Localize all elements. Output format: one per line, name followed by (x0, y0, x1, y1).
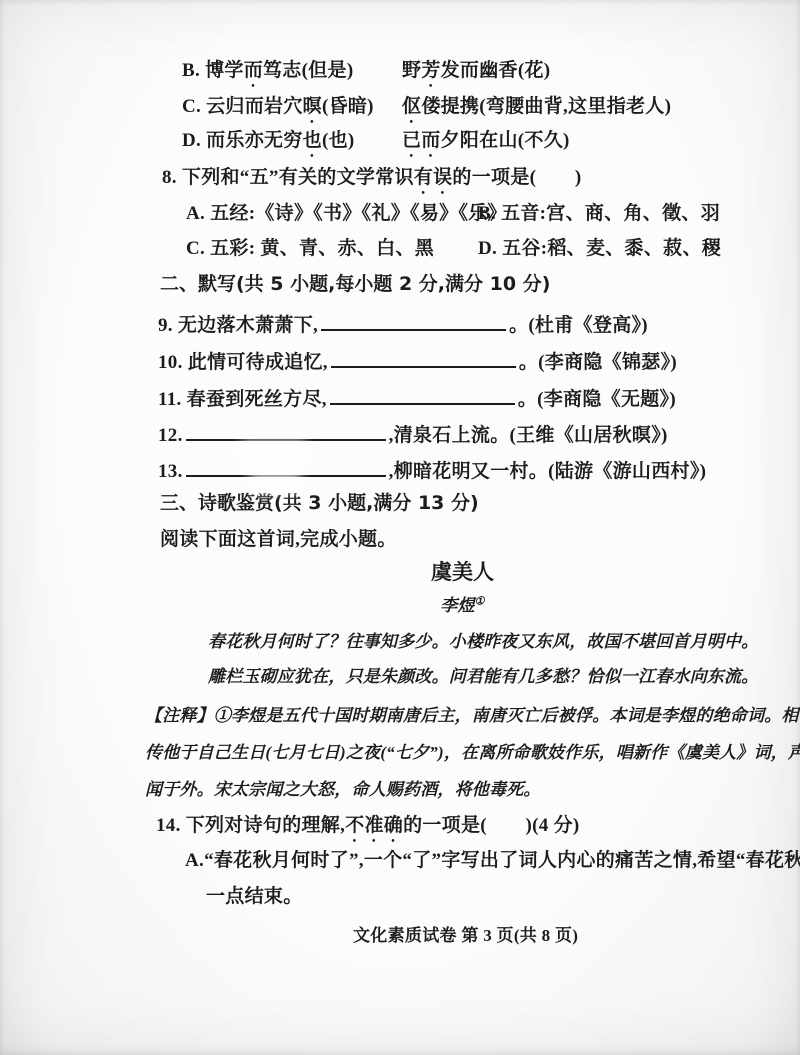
option-b-left-emphasis: 而 (244, 60, 263, 81)
question-13-text: ,柳暗花明又一村。(陆游《游山西村》) (389, 461, 707, 482)
question-14-option-a-line-1: A.“春花秋月何时了”,一个“了”字写出了词人内心的痛苦之情,希望“春花秋月”早 (185, 850, 800, 872)
gloss-d-right-post: 夕阳在山(不久) (441, 130, 570, 151)
note-line-1: 【注释】①李煜是五代十国时期南唐后主，南唐灭亡后被俘。本词是李煜的绝命词。相 (145, 706, 799, 726)
question-9-blank (321, 311, 506, 331)
question-14-option-a-line-2: 一点结束。 (206, 886, 303, 908)
question-8-stem-emphasis: 有误 (414, 167, 453, 188)
section-poetry-heading: 三、诗歌鉴赏(共 3 小题,满分 13 分) (160, 493, 479, 515)
gloss-b-right-post: 发而幽香(花) (441, 60, 551, 81)
option-c-left-emphasis: 暝 (303, 96, 322, 117)
question-8-stem-pre: 8. 下列和“五”有关的文学常识 (162, 167, 414, 188)
question-11-blank (330, 385, 515, 405)
gloss-c-right-post: 偻提携(弯腰曲背,这里指老人) (421, 96, 671, 117)
option-d-left-post: (也) (322, 130, 355, 151)
option-d-left-pre: D. 而乐亦无穷 (182, 130, 303, 151)
question-12-number: 12. (158, 425, 183, 446)
option-c-left-post: (昏暗) (322, 96, 374, 117)
question-8-option-b: B. 五音:宫、商、角、徵、羽 (478, 203, 720, 225)
option-d-left: D. 而乐亦无穷也(也) (182, 130, 355, 162)
scan-smudge (248, 474, 303, 492)
gloss-b-right: 野芳发而幽香(花) (402, 60, 550, 92)
gloss-c-right: 伛偻提携(弯腰曲背,这里指老人) (402, 96, 671, 128)
gloss-d-right: 已而夕阳在山(不久) (402, 130, 570, 162)
page-footer: 文化素质试卷 第 3 页(共 8 页) (353, 926, 578, 946)
question-14-stem: 14. 下列对诗句的理解,不准确的一项是( )(4 分) (156, 815, 580, 847)
poem-title: 虞美人 (345, 560, 580, 584)
question-9: 9. 无边落木萧萧下,。(杜甫《登高》) (158, 311, 648, 337)
question-8-option-a: A. 五经:《诗》《书》《礼》《易》《乐》 (186, 203, 507, 225)
question-12-blank (186, 421, 386, 441)
poem-author: 李煜① (345, 596, 580, 616)
question-10-blank (331, 348, 516, 368)
gloss-c-right-emphasis: 伛 (402, 96, 421, 117)
option-c-left: C. 云归而岩穴暝(昏暗) (182, 96, 374, 128)
question-11: 11. 春蚕到死丝方尽,。(李商隐《无题》) (158, 385, 676, 411)
exam-paper-page: B. 博学而笃志(但是) 野芳发而幽香(花) C. 云归而岩穴暝(昏暗) 伛偻提… (0, 0, 800, 1055)
question-14-stem-pre: 14. 下列对诗句的理解, (156, 815, 345, 836)
question-8-stem-post: 的一项是( ) (452, 167, 581, 188)
question-11-text: 11. 春蚕到死丝方尽, (158, 389, 327, 410)
note-line-3: 闻于外。宋太宗闻之大怒，命人赐药酒，将他毒死。 (145, 780, 541, 800)
question-12-text: ,清泉石上流。(王维《山居秋暝》) (389, 425, 668, 446)
question-8-option-c: C. 五彩: 黄、青、赤、白、黑 (186, 238, 434, 260)
question-9-source: 。(杜甫《登高》) (509, 315, 648, 336)
question-8-option-d: D. 五谷:稻、麦、黍、菽、稷 (478, 238, 721, 260)
question-11-source: 。(李商隐《无题》) (518, 389, 676, 410)
question-10: 10. 此情可待成追忆,。(李商隐《锦瑟》) (158, 348, 677, 374)
scan-smudge (238, 441, 310, 467)
option-d-left-emphasis: 也 (303, 130, 322, 151)
question-14-stem-emphasis: 不准确 (345, 815, 403, 836)
question-10-source: 。(李商隐《锦瑟》) (519, 352, 677, 373)
question-14-stem-post: 的一项是( )(4 分) (403, 815, 579, 836)
poem-line-2: 雕栏玉砌应犹在，只是朱颜改。问君能有几多愁？恰似一江春水向东流。 (208, 667, 758, 687)
gloss-d-right-emphasis: 已而 (402, 130, 441, 151)
poem-author-name: 李煜 (440, 596, 474, 615)
gloss-b-right-pre: 野 (402, 60, 421, 81)
poem-line-1: 春花秋月何时了？往事知多少。小楼昨夜又东风，故国不堪回首月明中。 (208, 632, 758, 652)
poem-author-note-mark: ① (475, 595, 485, 607)
option-b-left-pre: B. 博学 (182, 60, 244, 81)
question-8-stem: 8. 下列和“五”有关的文学常识有误的一项是( ) (162, 167, 581, 199)
gloss-b-right-emphasis: 芳 (421, 60, 440, 81)
question-13-number: 13. (158, 461, 183, 482)
question-12: 12.,清泉石上流。(王维《山居秋暝》) (158, 421, 668, 447)
poetry-intro: 阅读下面这首词,完成小题。 (160, 529, 397, 551)
option-b-left-post: 笃志(但是) (263, 60, 353, 81)
option-b-left: B. 博学而笃志(但是) (182, 60, 353, 92)
question-10-text: 10. 此情可待成追忆, (158, 352, 328, 373)
section-dictation-heading: 二、默写(共 5 小题,每小题 2 分,满分 10 分) (160, 274, 550, 296)
note-line-2: 传他于自己生日(七月七日)之夜(“七夕”)，在离所命歌妓作乐，唱新作《虞美人》词… (145, 743, 800, 763)
question-9-text: 9. 无边落木萧萧下, (158, 315, 318, 336)
option-c-left-pre: C. 云归而岩穴 (182, 96, 303, 117)
